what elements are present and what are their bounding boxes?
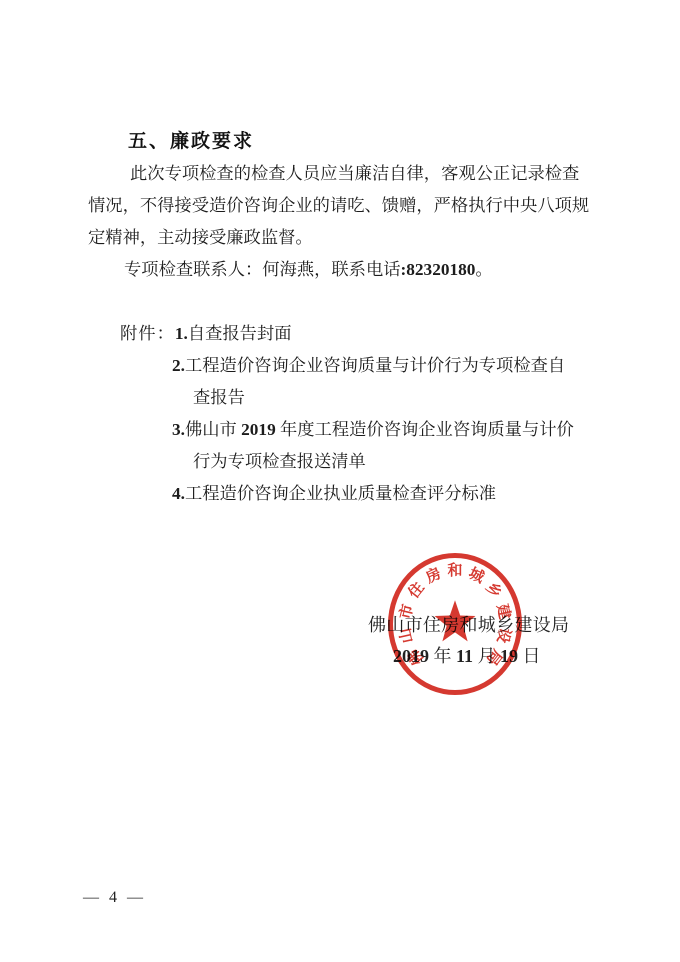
issue-date-day-unit: 日 <box>518 646 541 666</box>
contact-text-end: 。 <box>475 260 492 279</box>
paragraph-line: 情况，不得接受造价咨询企业的请吃、馈赠，严格执行中央八项规 <box>88 190 594 222</box>
contact-phone-number: :82320180 <box>401 260 476 279</box>
attachment-item-2-continuation: 查报告 <box>88 382 594 414</box>
svg-text:房: 房 <box>422 564 444 587</box>
document-body: 五、廉政要求 此次专项检查的检查人员应当廉洁自律，客观公正记录检查 情况，不得接… <box>88 126 594 510</box>
attachment-title: 工程造价咨询企业执业质量检查评分标准 <box>185 484 496 503</box>
page-number: — 4 — <box>83 889 146 907</box>
attachment-number: 2. <box>172 356 185 375</box>
attachment-title: 自查报告封面 <box>188 324 292 343</box>
attachment-number: 1. <box>175 324 188 343</box>
attachment-year: 2019 <box>241 420 276 439</box>
attachments-label: 附件： <box>120 324 175 343</box>
svg-text:城: 城 <box>466 564 488 587</box>
svg-text:住: 住 <box>404 579 427 602</box>
attachment-title: 查报告 <box>193 388 245 407</box>
section-heading: 五、廉政要求 <box>88 126 594 158</box>
attachment-title: 年度工程造价咨询企业咨询质量与计价 <box>276 420 574 439</box>
issue-date-month-unit: 月 <box>473 646 500 666</box>
attachment-title: 工程造价咨询企业咨询质量与计价行为专项检查自 <box>185 356 565 375</box>
paragraph-line: 此次专项检查的检查人员应当廉洁自律，客观公正记录检查 <box>88 158 594 190</box>
issue-date-year-unit: 年 <box>429 646 456 666</box>
issue-date-year: 2019 <box>393 646 429 666</box>
attachment-item-3: 3.佛山市 2019 年度工程造价咨询企业咨询质量与计价 <box>88 414 594 446</box>
issue-date-day: 19 <box>500 646 518 666</box>
issue-date-month: 11 <box>456 646 473 666</box>
svg-text:和: 和 <box>447 561 462 579</box>
contact-line: 专项检查联系人：何海燕，联系电话:82320180。 <box>88 254 594 286</box>
document-page: 五、廉政要求 此次专项检查的检查人员应当廉洁自律，客观公正记录检查 情况，不得接… <box>0 0 680 962</box>
attachment-item-3-continuation: 行为专项检查报送清单 <box>88 446 594 478</box>
attachment-number: 4. <box>172 484 185 503</box>
attachment-item-2: 2.工程造价咨询企业咨询质量与计价行为专项检查自 <box>88 350 594 382</box>
attachment-item-1: 附件：1.自查报告封面 <box>88 318 594 350</box>
attachments-block: 附件：1.自查报告封面 2.工程造价咨询企业咨询质量与计价行为专项检查自 查报告… <box>88 318 594 510</box>
issue-date: 2019 年 11 月 19 日 <box>393 642 541 668</box>
attachment-item-4: 4.工程造价咨询企业执业质量检查评分标准 <box>88 478 594 510</box>
svg-text:乡: 乡 <box>482 579 505 602</box>
issuing-agency: 佛山市住房和城乡建设局 <box>368 611 569 637</box>
paragraph-line: 定精神，主动接受廉政监督。 <box>88 222 594 254</box>
attachment-title: 行为专项检查报送清单 <box>193 452 366 471</box>
attachment-number: 3. <box>172 420 185 439</box>
attachment-title: 佛山市 <box>185 420 241 439</box>
contact-text: 专项检查联系人：何海燕，联系电话 <box>124 260 401 279</box>
